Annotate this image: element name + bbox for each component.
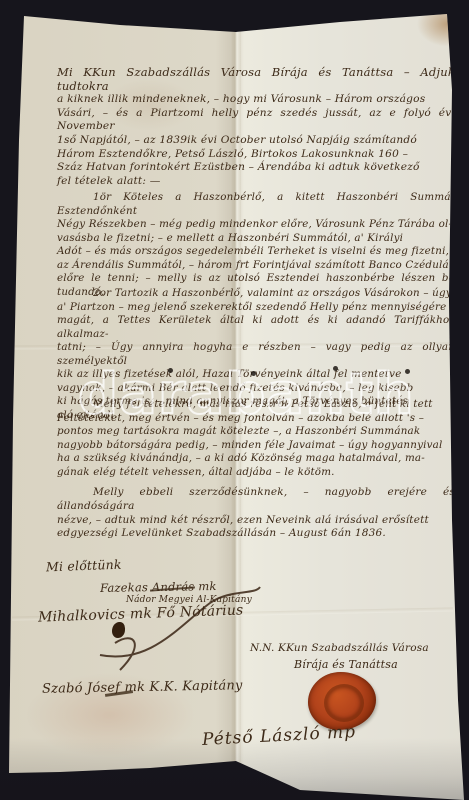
issuer-line: N.N. KKun Szabadszállás Városa (250, 642, 429, 654)
closing-paragraph: Melly ebbeli szerződésünknek, – nagyobb … (57, 486, 455, 541)
clause-3-paragraph: Melly fel tételekre, más más részről Pet… (57, 398, 455, 479)
manuscript-line: Melly fel tételekre, más más részről Pet… (57, 398, 455, 412)
manuscript-line: magát, a Tettes Kerületek által ki adott… (57, 314, 455, 341)
manuscript-line: tatni; – Úgy annyira hogyha e részben – … (57, 341, 455, 368)
manuscript-line: Melly ebbeli szerződésünknek, – nagyobb … (57, 486, 455, 514)
issuer-line: Bírája és Tanáttsa (294, 658, 398, 671)
intro-paragraph: Mi KKun Szabadszállás Városa Bírája és T… (57, 66, 455, 188)
manuscript-line: gának elég tételt vehessen, által adjába… (57, 466, 455, 480)
manuscript-line: Három Esztendőkre, Petső László, Birtoko… (57, 148, 455, 162)
manuscript-line: Négy Részekben – még pedig mindenkor elő… (57, 218, 455, 232)
manuscript-line: fel tételek alatt: — (57, 175, 455, 189)
manuscript-line: vasásba le fizetni; – e mellett a Haszon… (57, 232, 455, 246)
witness-signature: Szabó Jósef mk K.K. Kapitány (42, 678, 243, 696)
manuscript-line: Feltételeket, meg értvén – és meg fontol… (57, 412, 455, 426)
manuscript-line: ha a szükség kivánándja, – a ki adó Közö… (57, 452, 455, 466)
witness-heading: Mi előttünk (46, 557, 122, 575)
final-signature: Pétső László mp (202, 722, 357, 750)
manuscript-line: vagynak, – akármi Bér alatt leendő fizet… (57, 382, 455, 396)
manuscript-line: 2or Tartozik a Haszonbérlő, valamint az … (57, 287, 455, 301)
manuscript-line: edgyezségi Levelünket Szabadszállásán – … (57, 527, 455, 541)
manuscript-line: 1ör Köteles a Haszonbérlő, a kitett Hasz… (57, 191, 455, 218)
manuscript-line: 1ső Napjától, – az 1839ik évi October ut… (57, 134, 455, 148)
manuscript-line: pontos meg tartásokra magát kötelezte –,… (57, 425, 455, 439)
manuscript-line: Adót – és más országos segedelembéli Ter… (57, 245, 455, 259)
watermark-dot (251, 371, 256, 376)
manuscript-line: nagyobb bátorságára pedig, – minden féle… (57, 439, 455, 453)
manuscript-line: Vásári, – és a Piartzomi helly pénz szed… (57, 107, 455, 134)
photo-background: Mi KKun Szabadszállás Városa Bírája és T… (0, 0, 469, 800)
watermark-dot (168, 368, 173, 373)
manuscript-line: Mi KKun Szabadszállás Városa Bírája és T… (57, 66, 455, 93)
clause-1-paragraph: 1ör Köteles a Haszonbérlő, a kitett Hasz… (57, 191, 455, 299)
watermark-dot (333, 366, 338, 371)
manuscript-line: kik az illyes fizetések alól, Hazai Törv… (57, 368, 455, 382)
manuscript-line: a kiknek illik mindeneknek, – hogy mi Vá… (57, 93, 455, 107)
manuscript-line: Száz Hatvan forintokért Ezüstben – Árend… (57, 161, 455, 175)
watermark-dot (405, 369, 410, 374)
manuscript-line: nézve, – adtuk mind két részről, ezen Ne… (57, 514, 455, 528)
manuscript-line: az Árendális Summától, – három frt Forin… (57, 259, 455, 273)
manuscript-line: a' Piartzon – meg jelenő szekerektől sze… (57, 301, 455, 315)
red-wax-seal (308, 672, 376, 730)
manuscript-paper: Mi KKun Szabadszállás Városa Bírája és T… (0, 0, 469, 800)
